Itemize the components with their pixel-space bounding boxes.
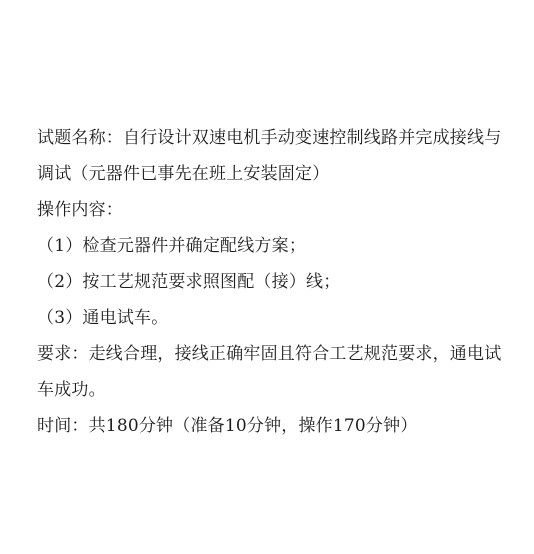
task-item-3: （3）通电试车。 bbox=[37, 300, 498, 336]
task-item-2: （2）按工艺规范要求照图配（接）线； bbox=[37, 264, 498, 300]
exam-title-line-2: 调试（元器件已事先在班上安装固定） bbox=[37, 156, 498, 192]
exam-title-line-1: 试题名称：自行设计双速电机手动变速控制线路并完成接线与 bbox=[37, 120, 498, 156]
document-page: 试题名称：自行设计双速电机手动变速控制线路并完成接线与 调试（元器件已事先在班上… bbox=[0, 0, 534, 554]
requirements-line-1: 要求：走线合理，接线正确牢固且符合工艺规范要求，通电试 bbox=[37, 336, 498, 372]
task-item-1: （1）检查元器件并确定配线方案； bbox=[37, 228, 498, 264]
requirements-line-2: 车成功。 bbox=[37, 372, 498, 408]
operation-content-heading: 操作内容： bbox=[37, 192, 498, 228]
time-info-line: 时间：共180分钟（准备10分钟，操作170分钟） bbox=[37, 408, 498, 444]
